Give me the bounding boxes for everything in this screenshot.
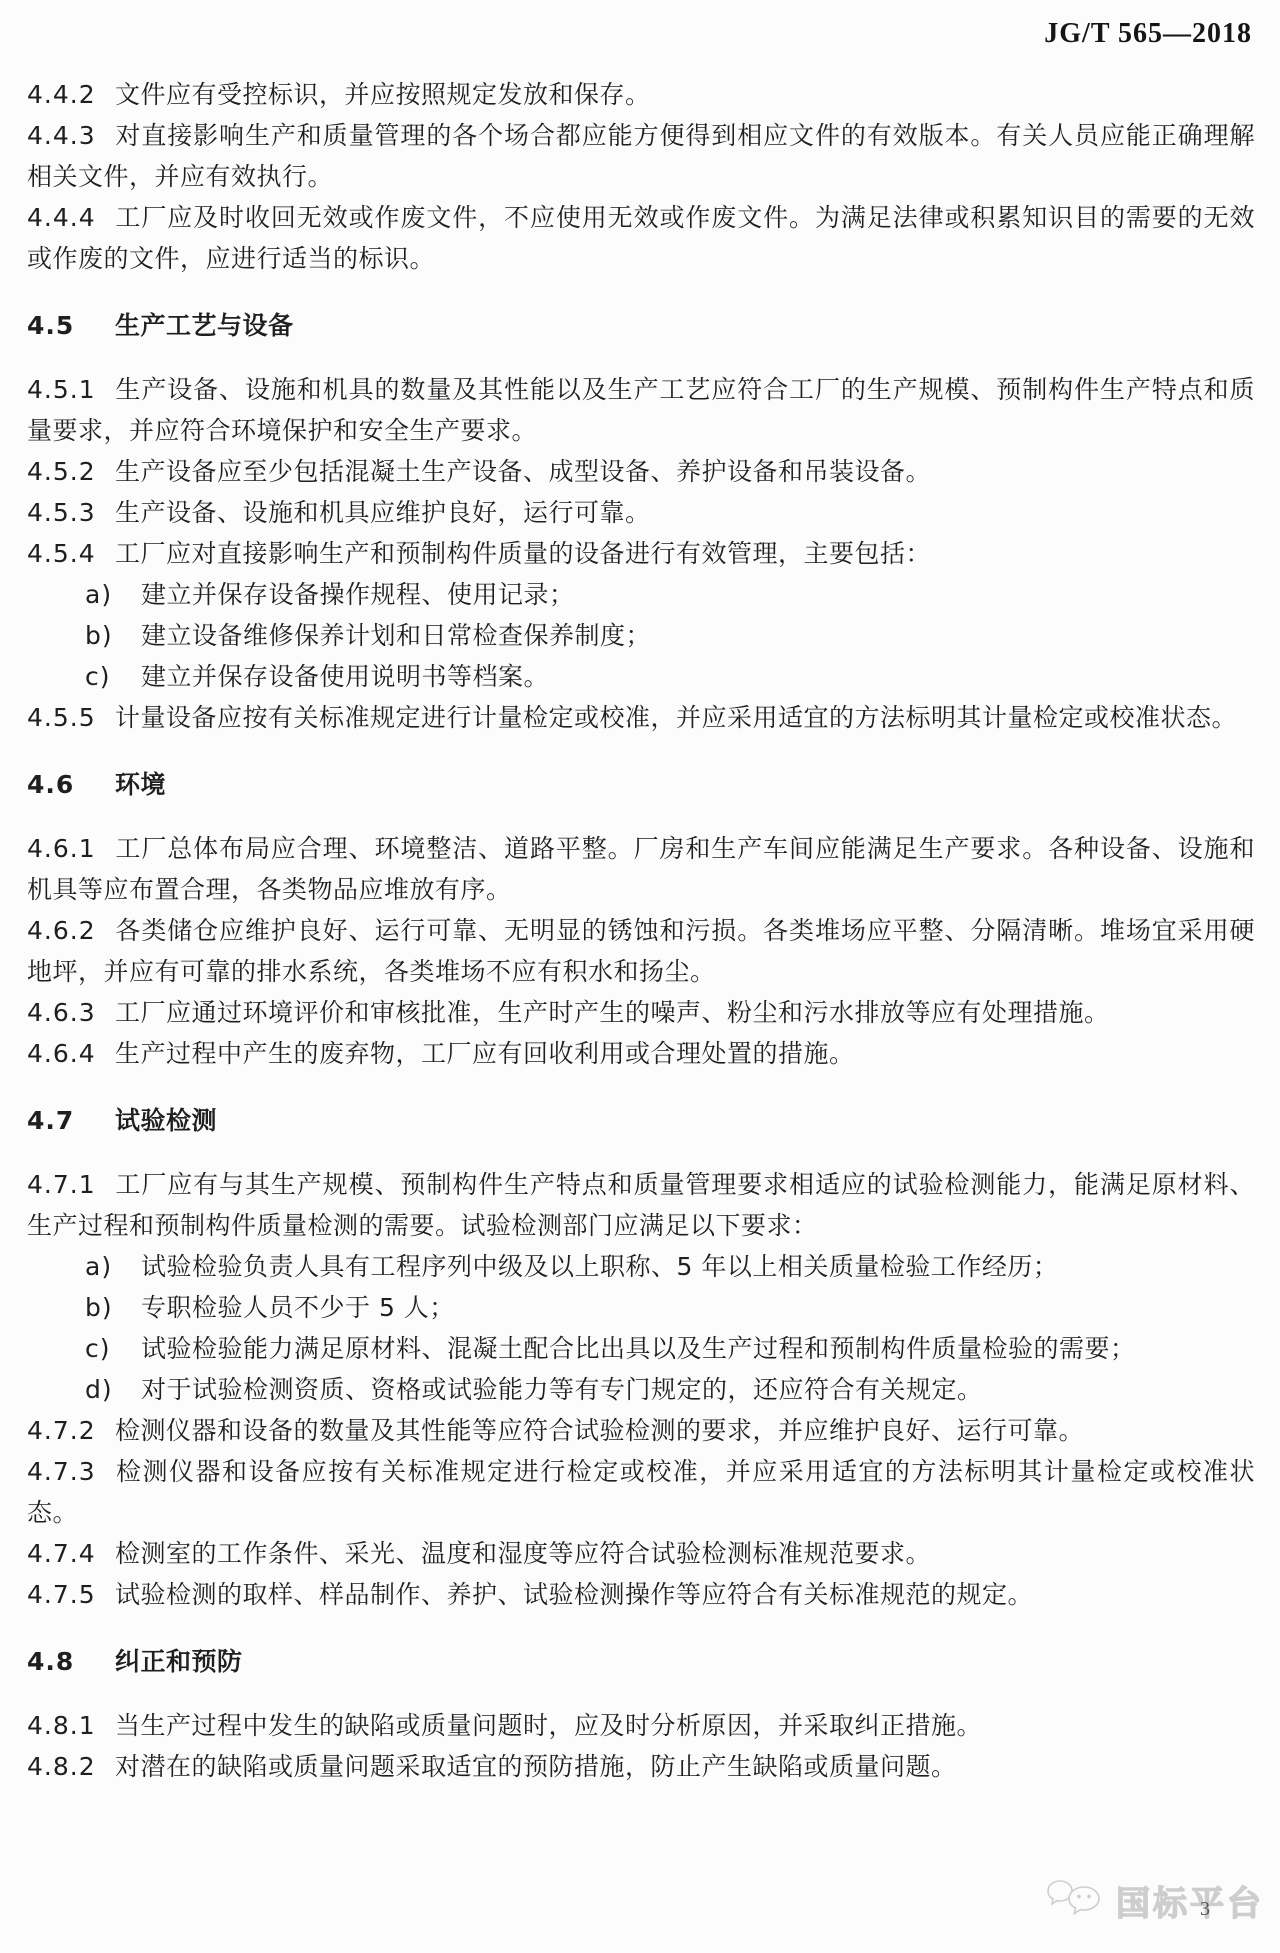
section-heading: 4.6环境 [27,764,1255,805]
clause-number: 4.6.2 [27,910,115,951]
clause-number: 4.5.1 [27,369,115,410]
clause-number: 4.4.2 [27,74,115,115]
clause-number: 4.6 [27,764,115,805]
watermark-text: 国标平台 [1116,1876,1264,1925]
list-item: b)专职检验人员不少于 5 人； [27,1287,1255,1328]
section-heading: 4.5生产工艺与设备 [27,305,1255,346]
list-item: c)试验检验能力满足原材料、混凝土配合比出具以及生产过程和预制构件质量检验的需要… [27,1328,1255,1369]
clause-number: 4.7.5 [27,1574,115,1615]
list-item: b)建立设备维修保养计划和日常检查保养制度； [27,615,1255,656]
clause-paragraph: 4.4.4工厂应及时收回无效或作废文件，不应使用无效或作废文件。为满足法律或积累… [27,197,1255,279]
section-heading: 4.7试验检测 [27,1100,1255,1141]
clause-number: 4.8 [27,1641,115,1682]
clause-number: 4.5 [27,305,115,346]
clause-paragraph: 4.5.1生产设备、设施和机具的数量及其性能以及生产工艺应符合工厂的生产规模、预… [27,369,1255,451]
clause-paragraph: 4.4.2文件应有受控标识，并应按照规定发放和保存。 [27,74,1255,115]
clause-paragraph: 4.4.3对直接影响生产和质量管理的各个场合都应能方便得到相应文件的有效版本。有… [27,115,1255,197]
watermark: 国标平台 [1046,1876,1264,1925]
clause-number: 4.4.3 [27,115,115,156]
item-letter: a) [85,1246,141,1287]
list-item: d)对于试验检测资质、资格或试验能力等有专门规定的，还应符合有关规定。 [27,1369,1255,1410]
clause-paragraph: 4.7.4检测室的工作条件、采光、温度和湿度等应符合试验检测标准规范要求。 [27,1533,1255,1574]
clause-paragraph: 4.7.2检测仪器和设备的数量及其性能等应符合试验检测的要求，并应维护良好、运行… [27,1410,1255,1451]
page-number: 3 [1200,1898,1210,1921]
item-letter: d) [85,1369,141,1410]
document-page: JG/T 565—2018 4.4.2文件应有受控标识，并应按照规定发放和保存。… [0,0,1280,1953]
list-item: c)建立并保存设备使用说明书等档案。 [27,656,1255,697]
clause-paragraph: 4.5.3生产设备、设施和机具应维护良好，运行可靠。 [27,492,1255,533]
clause-paragraph: 4.7.3检测仪器和设备应按有关标准规定进行检定或校准，并应采用适宜的方法标明其… [27,1451,1255,1533]
list-item: a)建立并保存设备操作规程、使用记录； [27,574,1255,615]
clause-paragraph: 4.6.4生产过程中产生的废弃物，工厂应有回收利用或合理处置的措施。 [27,1033,1255,1074]
clause-number: 4.5.5 [27,697,115,738]
clause-paragraph: 4.7.1工厂应有与其生产规模、预制构件生产特点和质量管理要求相适应的试验检测能… [27,1164,1255,1246]
clause-paragraph: 4.5.5计量设备应按有关标准规定进行计量检定或校准，并应采用适宜的方法标明其计… [27,697,1255,738]
clause-number: 4.6.3 [27,992,115,1033]
clause-paragraph: 4.6.1工厂总体布局应合理、环境整洁、道路平整。厂房和生产车间应能满足生产要求… [27,828,1255,910]
clause-number: 4.8.2 [27,1746,115,1787]
clause-number: 4.6.4 [27,1033,115,1074]
item-letter: c) [85,1328,141,1369]
standard-number-header: JG/T 565—2018 [1044,18,1252,50]
clause-paragraph: 4.7.5试验检测的取样、样品制作、养护、试验检测操作等应符合有关标准规范的规定… [27,1574,1255,1615]
clause-number: 4.5.2 [27,451,115,492]
clause-number: 4.7.2 [27,1410,115,1451]
clause-number: 4.6.1 [27,828,115,869]
clause-paragraph: 4.5.4工厂应对直接影响生产和预制构件质量的设备进行有效管理，主要包括： [27,533,1255,574]
clause-paragraph: 4.8.1当生产过程中发生的缺陷或质量问题时，应及时分析原因，并采取纠正措施。 [27,1705,1255,1746]
item-letter: b) [85,615,141,656]
clause-number: 4.8.1 [27,1705,115,1746]
clause-paragraph: 4.8.2对潜在的缺陷或质量问题采取适宜的预防措施，防止产生缺陷或质量问题。 [27,1746,1255,1787]
clause-paragraph: 4.5.2生产设备应至少包括混凝土生产设备、成型设备、养护设备和吊装设备。 [27,451,1255,492]
clause-number: 4.7.3 [27,1451,115,1492]
item-letter: c) [85,656,141,697]
item-letter: b) [85,1287,141,1328]
clause-number: 4.5.4 [27,533,115,574]
document-body: 4.4.2文件应有受控标识，并应按照规定发放和保存。4.4.3对直接影响生产和质… [27,74,1255,1787]
wechat-bubbles-icon [1046,1877,1108,1925]
clause-number: 4.7 [27,1100,115,1141]
clause-number: 4.4.4 [27,197,115,238]
item-letter: a) [85,574,141,615]
section-heading: 4.8纠正和预防 [27,1641,1255,1682]
clause-number: 4.5.3 [27,492,115,533]
clause-number: 4.7.4 [27,1533,115,1574]
clause-paragraph: 4.6.3工厂应通过环境评价和审核批准，生产时产生的噪声、粉尘和污水排放等应有处… [27,992,1255,1033]
clause-number: 4.7.1 [27,1164,115,1205]
list-item: a)试验检验负责人具有工程序列中级及以上职称、5 年以上相关质量检验工作经历； [27,1246,1255,1287]
clause-paragraph: 4.6.2各类储仓应维护良好、运行可靠、无明显的锈蚀和污损。各类堆场应平整、分隔… [27,910,1255,992]
